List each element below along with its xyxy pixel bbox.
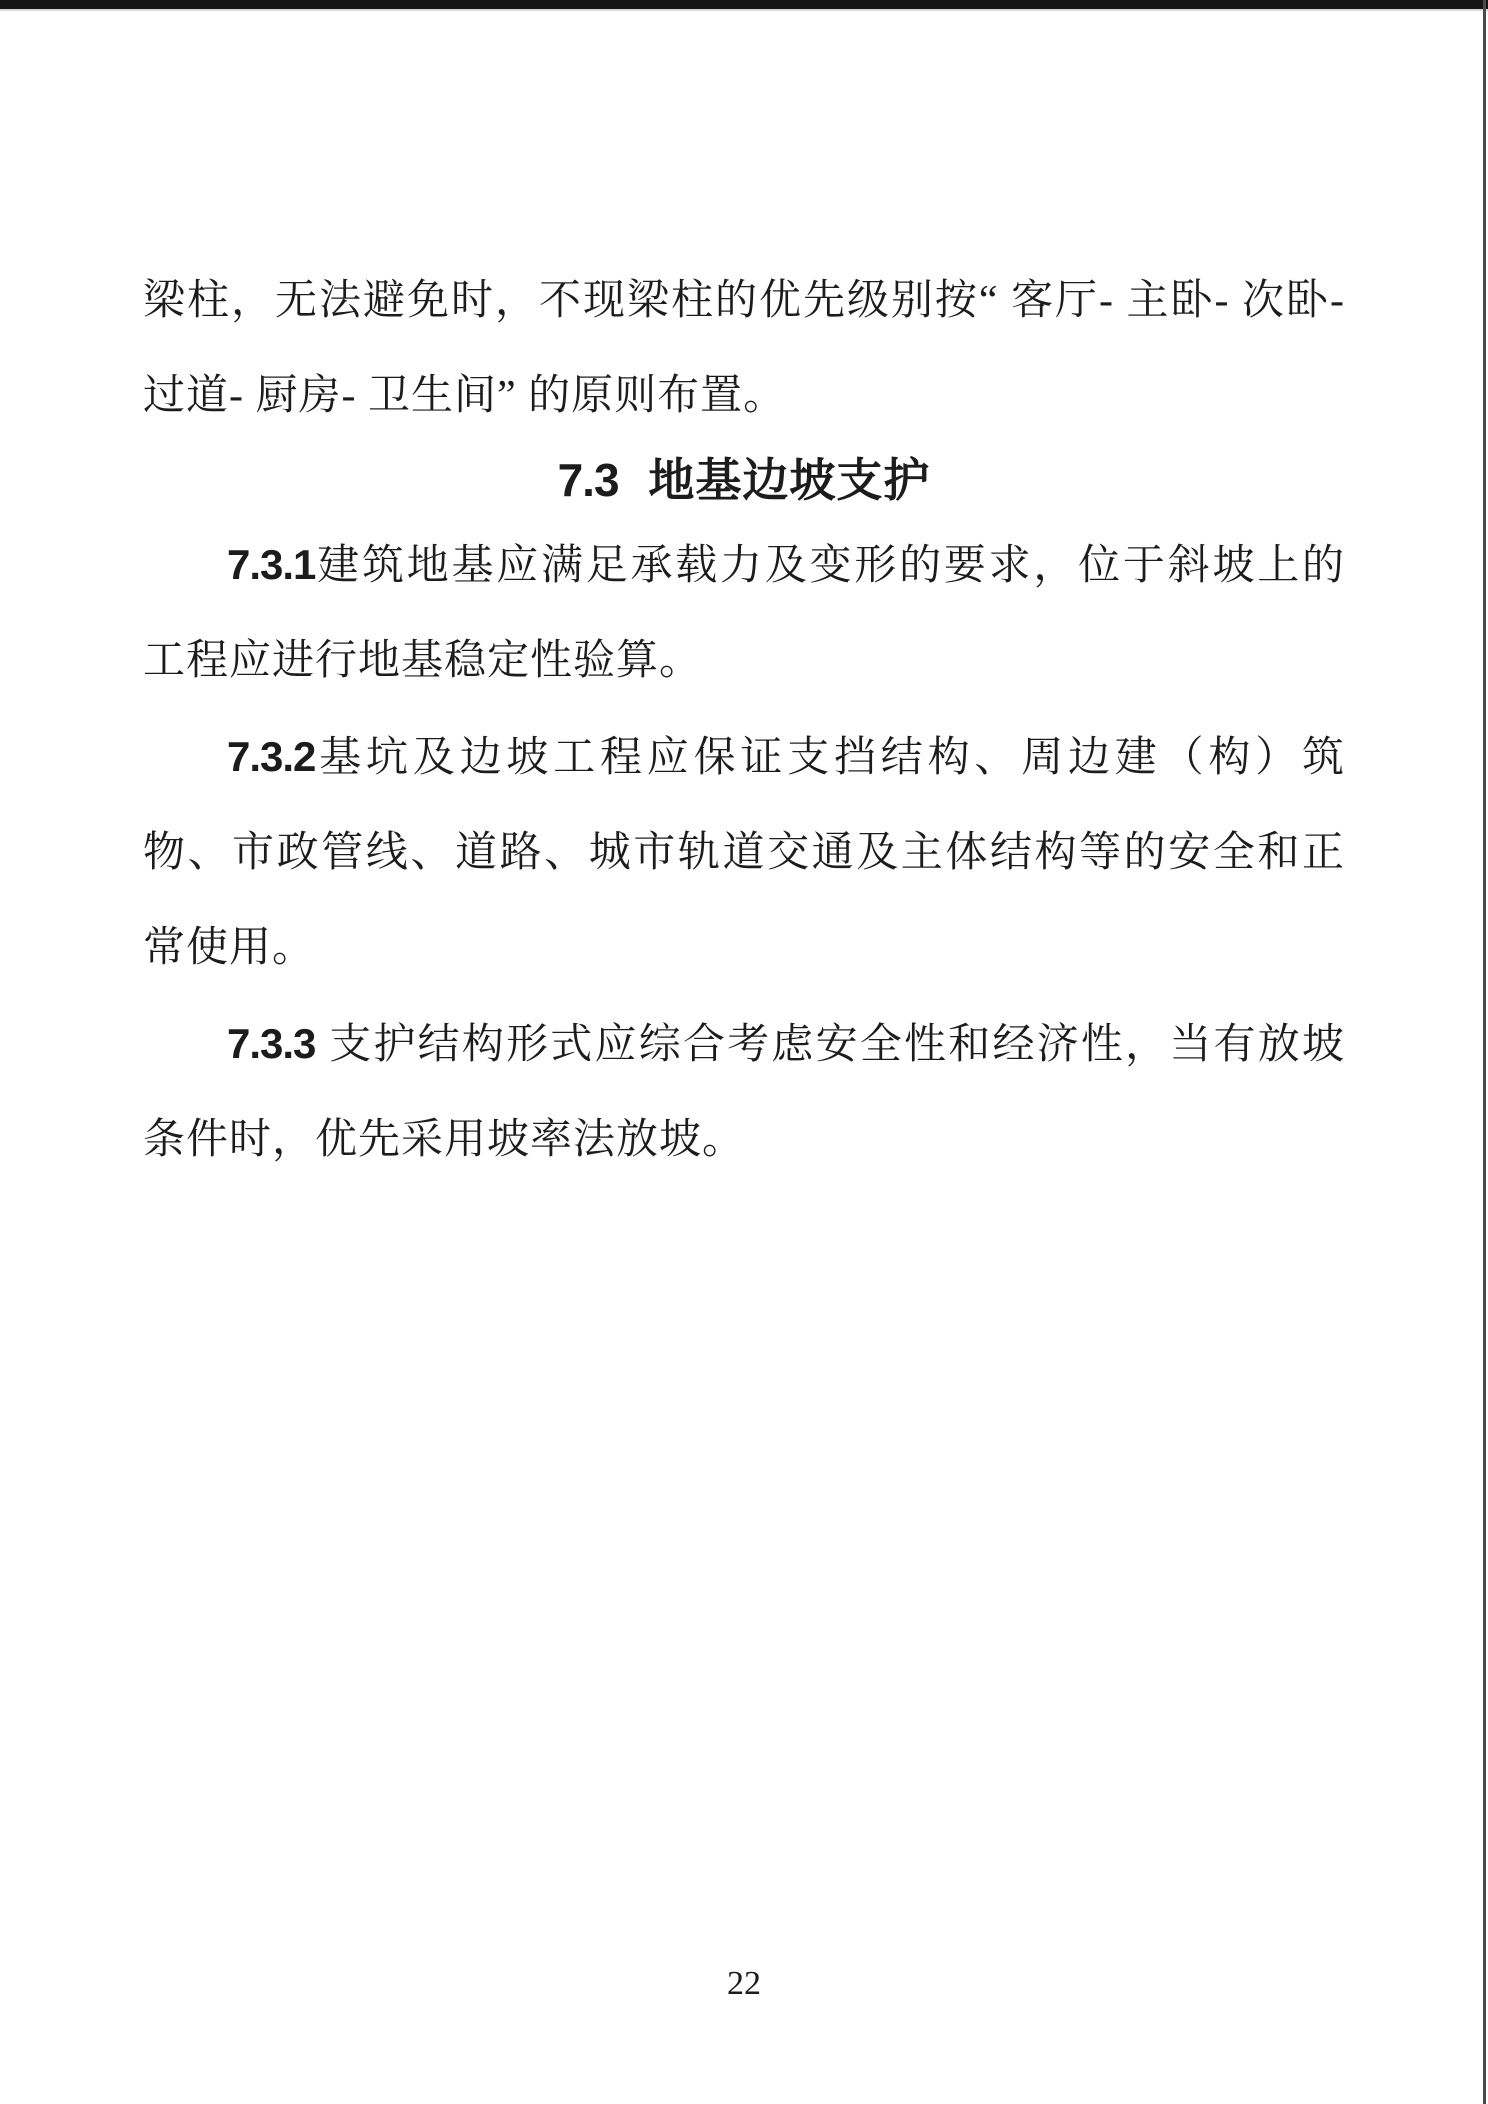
document-body: 梁柱，无法避免时，不现梁柱的优先级别按“ 客厅- 主卧- 次卧- 过道- 厨房-… [143, 254, 1345, 1188]
clause-7-3-2-number: 7.3.2 [227, 733, 315, 780]
continuation-paragraph: 梁柱，无法避免时，不现梁柱的优先级别按“ 客厅- 主卧- 次卧- 过道- 厨房-… [143, 254, 1345, 444]
clause-7-3-1-text: 建筑地基应满足承载力及变形的要求，位于斜坡上的工程应进行地基稳定性验算。 [143, 543, 1345, 684]
section-heading-number: 7.3 [558, 454, 619, 506]
clause-7-3-2: 7.3.2基坑及边坡工程应保证支挡结构、周边建（构）筑物、市政管线、道路、城市轨… [143, 709, 1345, 996]
clause-7-3-2-text: 基坑及边坡工程应保证支挡结构、周边建（构）筑物、市政管线、道路、城市轨道交通及主… [143, 735, 1345, 971]
clause-7-3-1-number: 7.3.1 [227, 541, 315, 588]
section-heading-title: 地基边坡支护 [648, 455, 930, 506]
clause-7-3-3-text: 支护结构形式应综合考虑安全性和经济性，当有放坡条件时，优先采用坡率法放坡。 [143, 1022, 1345, 1163]
document-page: { "page": { "background_color": "#ffffff… [0, 0, 1488, 2104]
page-right-edge-line [1483, 0, 1486, 2104]
clause-7-3-3: 7.3.3支护结构形式应综合考虑安全性和经济性，当有放坡条件时，优先采用坡率法放… [143, 996, 1345, 1188]
section-heading: 7.3地基边坡支护 [143, 444, 1345, 517]
page-top-edge-bar [0, 0, 1488, 11]
page-number: 22 [0, 1962, 1488, 2006]
clause-7-3-3-number: 7.3.3 [227, 1020, 315, 1067]
clause-7-3-1: 7.3.1建筑地基应满足承载力及变形的要求，位于斜坡上的工程应进行地基稳定性验算… [143, 517, 1345, 709]
